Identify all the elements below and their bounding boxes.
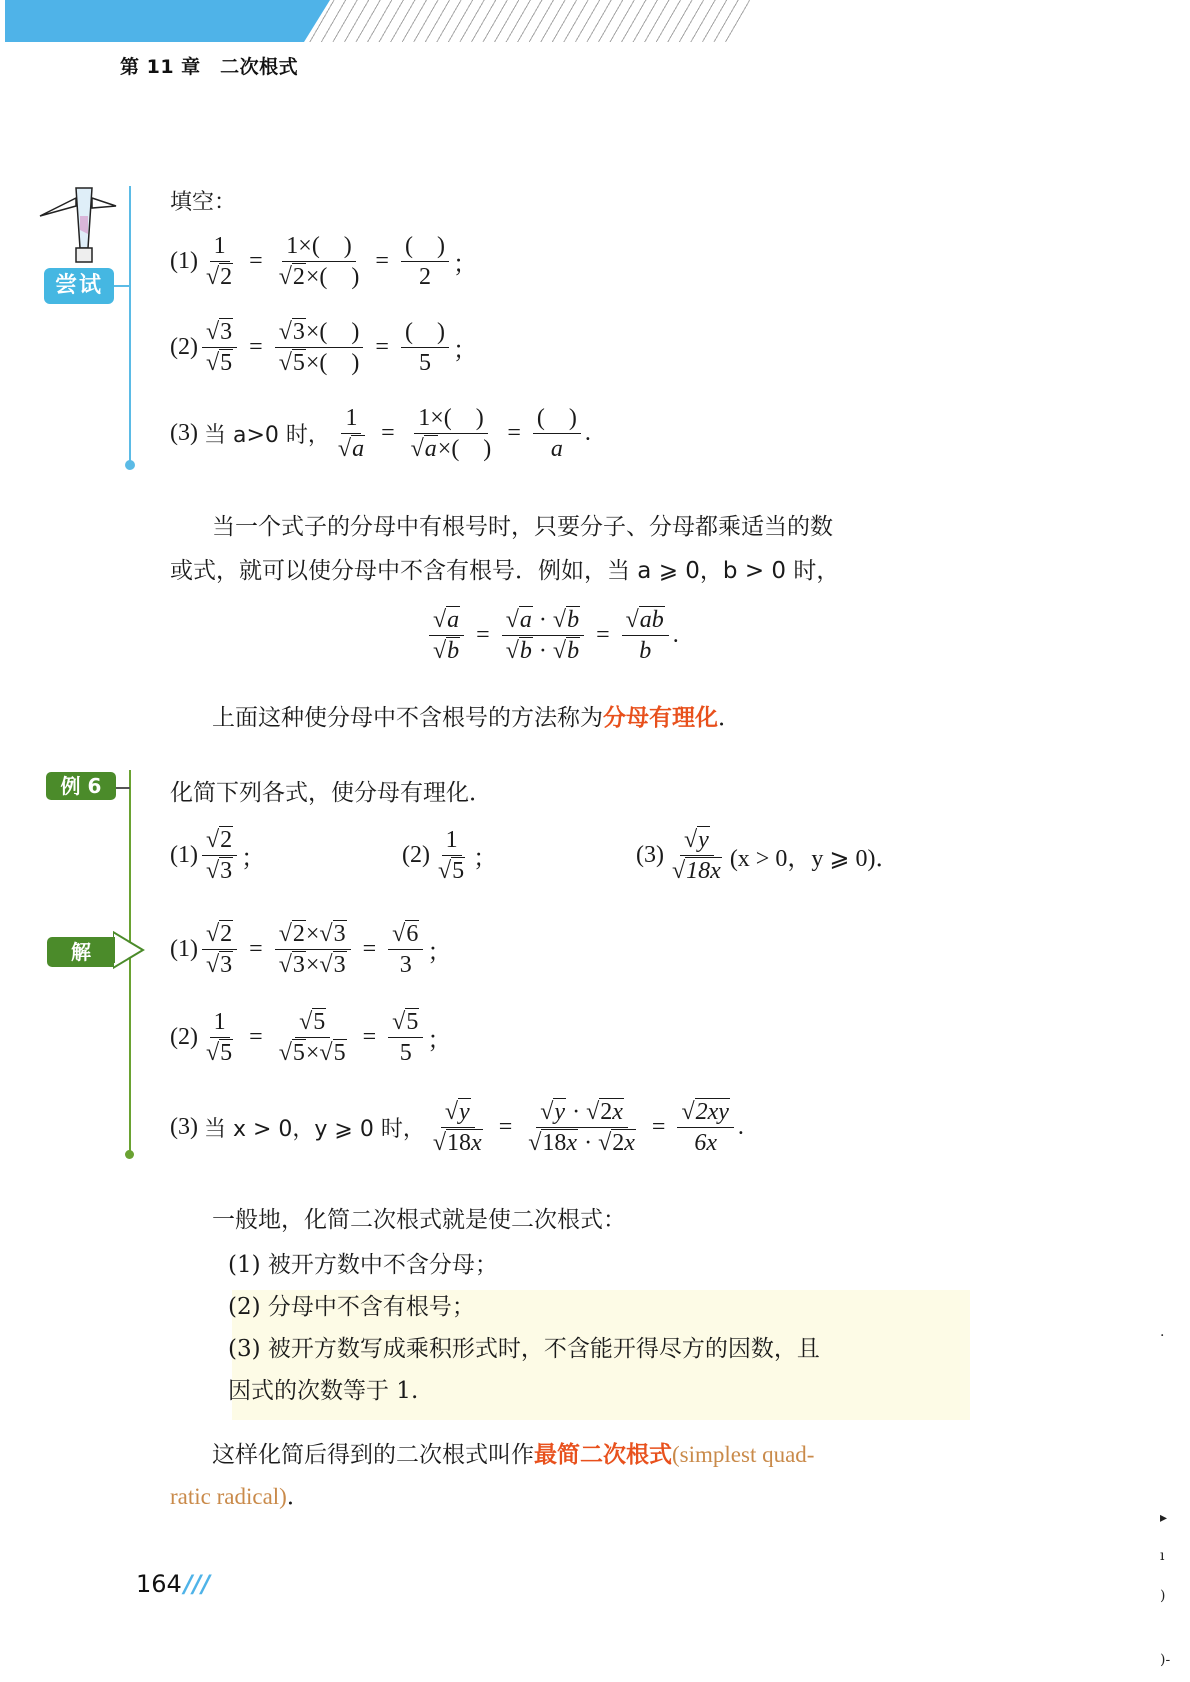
example-item-3: (3) √y√18x (x > 0，y ⩾ 0)． — [636, 826, 899, 885]
definition-sentence: 上面这种使分母中不含根号的方法称为分母有理化． — [212, 703, 741, 733]
page-slashes: /// — [184, 1570, 210, 1598]
rule-2: (2) 分母中不含有根号； — [228, 1292, 475, 1322]
summary-intro: 一般地，化简二次根式就是使二次根式： — [212, 1205, 626, 1235]
try-tag: 尝试 — [44, 268, 114, 304]
kite-icon — [36, 186, 120, 266]
try-line-end-dot — [125, 460, 135, 470]
example-item-1: (1) √2√3 ； — [170, 826, 265, 885]
try-item-3: (3) 当 a>0 时， 1√a = 1×( )√a×( ) = ( )a . — [170, 404, 591, 463]
rule-1: (1) 被开方数中不含分母； — [228, 1250, 498, 1280]
header-band — [5, 0, 330, 42]
closing-line-1: 这样化简后得到的二次根式叫作最简二次根式(simplest quad- — [212, 1440, 814, 1470]
solution-arrow-icon — [113, 930, 147, 970]
try-prompt: 填空： — [170, 188, 236, 218]
header-hatch — [300, 0, 750, 42]
try-vertical-line — [129, 186, 131, 466]
explanation-line-2: 或式，就可以使分母中不含有根号．例如，当 a ⩾ 0，b > 0 时， — [170, 556, 839, 586]
page-number: 164 — [136, 1570, 182, 1598]
solution-step-3: (3) 当 x > 0，y ⩾ 0 时， √y√18x = √y · √2x√1… — [170, 1098, 744, 1157]
try-item-2: (2) √3√5 = √3×( )√5×( ) = ( )5 ； — [170, 318, 477, 377]
chapter-title: 第 11 章 二次根式 — [120, 52, 298, 79]
solution-step-1: (1) √2√3 = √2×√3√3×√3 = √63 ； — [170, 920, 451, 979]
solution-tag: 解 — [47, 937, 115, 967]
page-number-block: 164/// — [136, 1570, 210, 1598]
closing-line-2: ratic radical)． — [170, 1482, 310, 1512]
term-simplest-radical: 最简二次根式 — [534, 1442, 672, 1468]
example-prompt: 化简下列各式，使分母有理化． — [170, 778, 492, 808]
explanation-line-1: 当一个式子的分母中有根号时，只要分子、分母都乘适当的数 — [212, 512, 833, 542]
try-tag-connector — [114, 285, 130, 287]
rule-3-cont: 因式的次数等于 1. — [228, 1376, 418, 1406]
example-tag-connector — [116, 787, 130, 789]
example-tag: 例 6 — [46, 772, 116, 800]
try-item-1: (1) 1√2 = 1×( )√2×( ) = ( )2 ； — [170, 232, 477, 291]
solution-step-2: (2) 1√5 = √5√5×√5 = √55 ； — [170, 1008, 451, 1067]
rule-3: (3) 被开方数写成乘积形式时，不含能开得尽方的因数，且 — [228, 1334, 820, 1364]
margin-marks: · ▸ ı ) )- — [1160, 1320, 1180, 1680]
example-line-end-dot — [125, 1150, 134, 1159]
example-item-2: (2) 1√5 ； — [402, 826, 497, 885]
rationalize-formula: √a√b = √a · √b√b · √b = √abb . — [425, 606, 679, 665]
term-rationalize-denominator: 分母有理化 — [603, 705, 718, 731]
